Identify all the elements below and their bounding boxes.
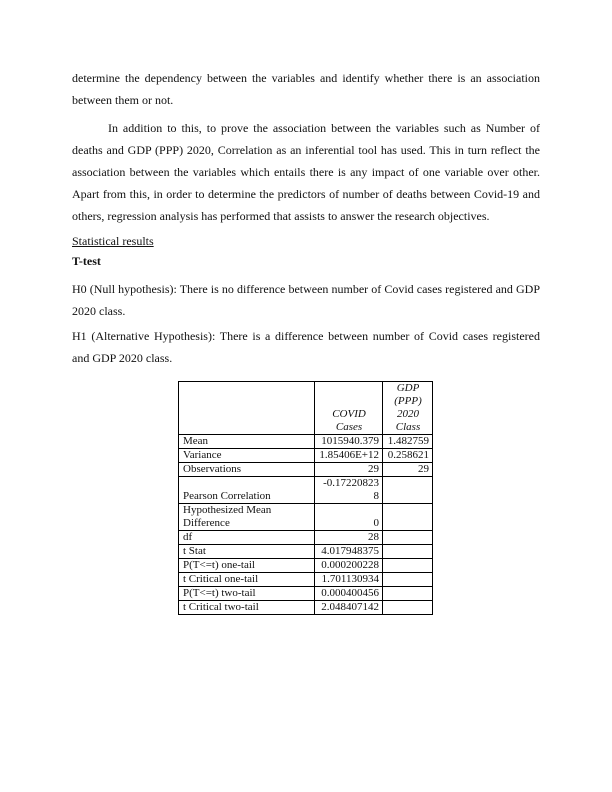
section-heading-statistical-results: Statistical results (72, 233, 154, 249)
covid-value: 0 (315, 504, 383, 531)
table-row: P(T<=t) two-tail0.000400456 (179, 587, 433, 601)
row-label: t Critical two-tail (179, 601, 315, 615)
covid-value: 2.048407142 (315, 601, 383, 615)
covid-value: 4.017948375 (315, 545, 383, 559)
table-row: t Critical one-tail1.701130934 (179, 573, 433, 587)
gdp-value (383, 504, 433, 531)
covid-value: 1015940.379 (315, 435, 383, 449)
gdp-value (383, 477, 433, 504)
gdp-value: 29 (383, 463, 433, 477)
row-label: P(T<=t) one-tail (179, 559, 315, 573)
covid-value: -0.172208238 (315, 477, 383, 504)
covid-value: 1.85406E+12 (315, 449, 383, 463)
covid-value: 0.000200228 (315, 559, 383, 573)
header-cell-empty (179, 382, 315, 435)
row-label: Observations (179, 463, 315, 477)
covid-value: 0.000400456 (315, 587, 383, 601)
t-test-results-table: COVID Cases GDP (PPP) 2020 Class Mean101… (178, 381, 433, 615)
row-label: df (179, 531, 315, 545)
gdp-value (383, 573, 433, 587)
gdp-value (383, 587, 433, 601)
gdp-value: 0.258621 (383, 449, 433, 463)
table-row: Pearson Correlation-0.172208238 (179, 477, 433, 504)
covid-value: 29 (315, 463, 383, 477)
row-label: Variance (179, 449, 315, 463)
paragraph-correlation: In addition to this, to prove the associ… (72, 117, 540, 227)
table-row: Variance1.85406E+120.258621 (179, 449, 433, 463)
header-gdp-class: GDP (PPP) 2020 Class (383, 382, 433, 435)
gdp-value (383, 601, 433, 615)
covid-value: 28 (315, 531, 383, 545)
table-row: df28 (179, 531, 433, 545)
gdp-value (383, 545, 433, 559)
row-label: Hypothesized Mean Difference (179, 504, 315, 531)
covid-value: 1.701130934 (315, 573, 383, 587)
row-label: Mean (179, 435, 315, 449)
table-row: Hypothesized Mean Difference0 (179, 504, 433, 531)
row-label: t Critical one-tail (179, 573, 315, 587)
table-row: t Stat4.017948375 (179, 545, 433, 559)
header-covid-cases: COVID Cases (315, 382, 383, 435)
row-label: Pearson Correlation (179, 477, 315, 504)
null-hypothesis: H0 (Null hypothesis): There is no differ… (72, 278, 540, 322)
table-header-row: COVID Cases GDP (PPP) 2020 Class (179, 382, 433, 435)
alternative-hypothesis: H1 (Alternative Hypothesis): There is a … (72, 325, 540, 369)
paragraph-intro-continuation: determine the dependency between the var… (72, 67, 540, 111)
table-row: Observations2929 (179, 463, 433, 477)
table-row: P(T<=t) one-tail0.000200228 (179, 559, 433, 573)
gdp-value (383, 531, 433, 545)
table-row: t Critical two-tail2.048407142 (179, 601, 433, 615)
row-label: P(T<=t) two-tail (179, 587, 315, 601)
row-label: t Stat (179, 545, 315, 559)
subheading-t-test: T-test (72, 253, 101, 269)
gdp-value: 1.482759 (383, 435, 433, 449)
gdp-value (383, 559, 433, 573)
table-row: Mean1015940.3791.482759 (179, 435, 433, 449)
